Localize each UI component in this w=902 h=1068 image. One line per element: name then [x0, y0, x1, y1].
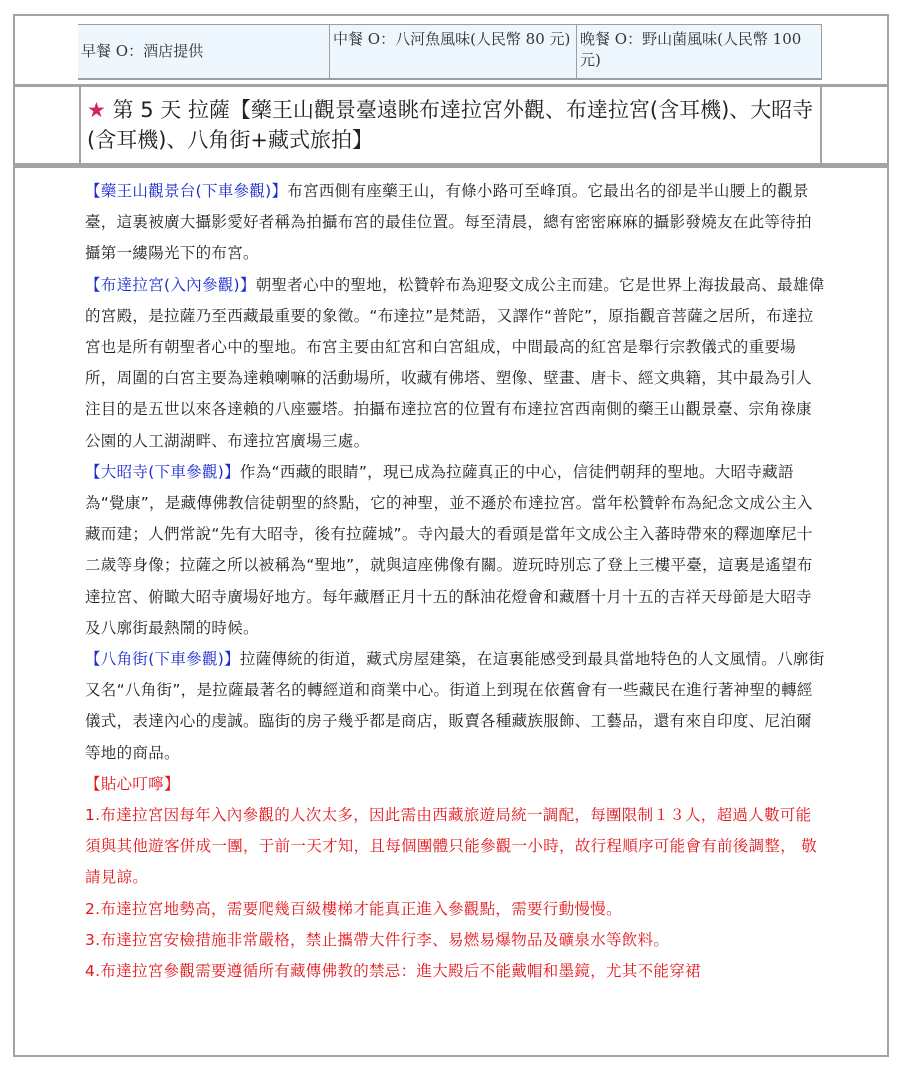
day-content-row: 【藥王山觀景台(下車參觀)】布宮西側有座藥王山，有條小路可至峰頂。它最出名的卻是… [13, 165, 889, 1057]
section-potala: 【布達拉宮(入內參觀)】朝聖者心中的聖地，松贊幹布為迎娶文成公主而建。它是世界上… [85, 270, 825, 457]
section-label: 【藥王山觀景台(下車參觀)】 [85, 182, 287, 200]
meal-lunch: 中餐 O：八河魚風味(人民幣 80 元) [329, 25, 576, 78]
tip-item: 2.布達拉宮地勢高，需要爬幾百級樓梯才能真正進入參觀點，需要行動慢慢。 [85, 894, 825, 925]
section-jokhang: 【大昭寺(下車參觀)】作為“西藏的眼睛”，現已成為拉薩真正的中心，信徒們朝拜的聖… [85, 457, 825, 644]
section-barkhor: 【八角街(下車參觀)】拉薩傳統的街道，藏式房屋建築，在這裏能感受到最具當地特色的… [85, 644, 825, 769]
itinerary-table: 早餐 O：酒店提供 中餐 O：八河魚風味(人民幣 80 元) 晚餐 O：野山菌風… [13, 14, 889, 1057]
day-title-row: ★ 第 5 天 拉薩【藥王山觀景臺遠眺布達拉宮外觀、布達拉宮(含耳機)、大昭寺(… [13, 84, 889, 165]
meal-dinner: 晚餐 O：野山菌風味(人民幣 100 元) [576, 25, 822, 78]
tip-item: 4.布達拉宮參觀需要遵循所有藏傳佛教的禁忌：進大殿后不能戴帽和墨鏡，尤其不能穿裙 [85, 956, 825, 987]
meals-table: 早餐 O：酒店提供 中餐 O：八河魚風味(人民幣 80 元) 晚餐 O：野山菌風… [78, 24, 822, 80]
section-label: 【大昭寺(下車參觀)】 [85, 463, 240, 481]
day-content: 【藥王山觀景台(下車參觀)】布宮西側有座藥王山，有條小路可至峰頂。它最出名的卻是… [85, 176, 825, 987]
section-yaowangshan: 【藥王山觀景台(下車參觀)】布宮西側有座藥王山，有條小路可至峰頂。它最出名的卻是… [85, 176, 825, 270]
section-text: 作為“西藏的眼睛”，現已成為拉薩真正的中心，信徒們朝拜的聖地。大昭寺藏語為“覺康… [85, 463, 813, 637]
day-title-cell: ★ 第 5 天 拉薩【藥王山觀景臺遠眺布達拉宮外觀、布達拉宮(含耳機)、大昭寺(… [79, 87, 822, 163]
tip-item: 3.布達拉宮安檢措施非常嚴格，禁止攜帶大件行李、易燃易爆物品及礦泉水等飲料。 [85, 925, 825, 956]
section-label: 【八角街(下車參觀)】 [85, 650, 240, 668]
tip-item: 1.布達拉宮因每年入內參觀的人次太多，因此需由西藏旅遊局統一調配，每團限制１３人… [85, 800, 825, 894]
section-label: 【布達拉宮(入內參觀)】 [85, 276, 256, 294]
meal-breakfast: 早餐 O：酒店提供 [78, 25, 329, 78]
star-icon: ★ [87, 98, 106, 122]
section-text: 朝聖者心中的聖地，松贊幹布為迎娶文成公主而建。它是世界上海拔最高、最雄偉的宮殿，… [85, 276, 825, 450]
day-title: 第 5 天 拉薩【藥王山觀景臺遠眺布達拉宮外觀、布達拉宮(含耳機)、大昭寺(含耳… [87, 98, 813, 152]
meals-row: 早餐 O：酒店提供 中餐 O：八河魚風味(人民幣 80 元) 晚餐 O：野山菌風… [13, 14, 889, 84]
tips-heading: 【貼心叮嚀】 [85, 769, 825, 800]
